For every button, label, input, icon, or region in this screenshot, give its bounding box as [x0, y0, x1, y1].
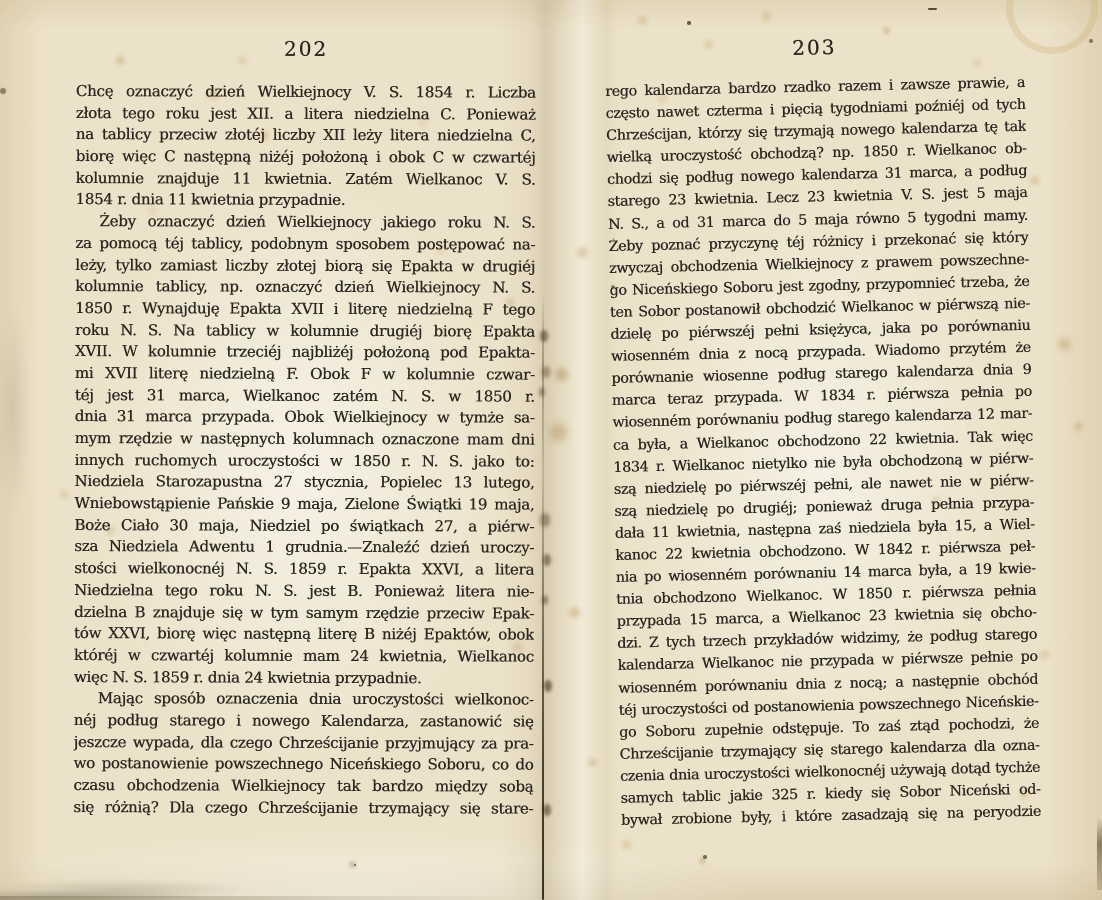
text-line: któréjwczwartéjkolumniemam24kwietnia,Wie…: [74, 646, 534, 669]
text-line: zapomocątéjtablicy,podobnymsposobempostę…: [75, 234, 535, 257]
text-line: NiedzielnategorokuN.S.jestB.Ponieważlite…: [74, 581, 534, 604]
ink-specks: [0, 0, 2, 2]
page-right-text-column: regokalendarzabardzorzadkorazemizawszepr…: [605, 75, 1041, 835]
page-right: 203 regokalendarzabardzorzadkorazemizaws…: [604, 31, 1041, 835]
text-line: 1850r.WynajdujęEpaktaXVIIiliteręniedziel…: [75, 299, 535, 322]
text-line: bioręwięcCnastępnąniżéjpołożonąiobokCwcz…: [76, 147, 536, 170]
text-line: innychruchomychuroczystościw1850r.N.S.ja…: [74, 451, 534, 474]
gutter-crease-line: [542, 290, 544, 900]
text-line: Mającsposóboznaczeniadniauroczystościwie…: [74, 689, 534, 712]
text-line: dzielnaBznajdujesięwtymsamymrzędzieprzec…: [74, 602, 534, 625]
page-number-left: 202: [76, 36, 536, 62]
text-line: miXVIIliteręniedzielnąF.ObokFwkolumniecz…: [75, 364, 535, 387]
left-margin-smudge: [0, 250, 60, 570]
text-line: złotategorokujestXII.aliteraniedzielnaC.…: [76, 104, 536, 127]
text-line: NiedzielaStarozapustna27stycznia,Popiele…: [74, 472, 534, 495]
bottom-edge-shadow: [0, 896, 520, 900]
text-line: rokuN.S.NatablicywkolumniedrugiéjbioręEp…: [75, 321, 535, 344]
bottom-left-smudge: [0, 848, 380, 900]
text-line: sięróżnią?DlaczegoChrześcijanietrzymając…: [73, 798, 533, 821]
text-line: téjjest31marca,WielkanoczatémN.S.w1850r.: [75, 386, 535, 409]
text-line: BożeCiało30maja,Niedzielpoświątkach27,ap…: [74, 516, 534, 539]
text-line: tówXXVI,bioręwięcnastępnąliteręBniżéjEpa…: [74, 624, 534, 647]
text-line: szaNiedzielaAdwentu1grudnia.—Znaleźćdzie…: [74, 537, 534, 560]
text-line: leży,tylkozamiastliczbyzłotejbiorąsięEpa…: [75, 255, 535, 278]
text-line: 1854r.dnia11kwietniaprzypadnie.: [75, 190, 535, 213]
text-line: więcN.S.1859r.dnia24kwietniaprzypadnie.: [74, 668, 534, 691]
book-scan: 202 ChcęoznaczyćdzieńWielkiejnocyV.S.185…: [0, 0, 1102, 900]
text-line: ChcęoznaczyćdzieńWielkiejnocyV.S.1854r.L…: [76, 82, 536, 105]
text-line: WniebowstąpieniePańskie9maja,ZieloneŚwią…: [74, 494, 534, 517]
page-number-right: 203: [604, 31, 1024, 64]
page-left: 202 ChcęoznaczyćdzieńWielkiejnocyV.S.185…: [73, 36, 536, 821]
text-line: néjpodługstaregoinowegoKalendarza,zastan…: [74, 711, 534, 734]
text-line: XVII.Wkolumnietrzeciéjnajbliżéjpołożonąp…: [75, 342, 535, 365]
text-line: mymrzędziewnastępnychkolumnachoznaczonem…: [75, 429, 535, 452]
text-line: jeszczewypada,dlaczegoChrześcijanieprzyj…: [73, 733, 533, 756]
text-line: wopostanowieniepowszechnegoNiceńskiegoSo…: [73, 754, 533, 777]
text-line: czasuobchodzeniaWielkiejnocytakbardzomię…: [73, 776, 533, 799]
text-line: kolumnieznajduje11kwietnia.ZatémWielkano…: [75, 169, 535, 192]
text-line: kolumnietablicy,np.oznaczyćdzieńWielkiej…: [75, 277, 535, 300]
text-line: ŻebyoznaczyćdzieńWielkiejnocyjakiegoroku…: [75, 212, 535, 235]
text-line: natablicyprzeciwzłotéjliczbyXIIleżyliter…: [76, 125, 536, 148]
text-line: dnia31marcaprzypada.ObokWielkiejnocywtym…: [75, 407, 535, 430]
text-line: stościwielkonocnéjN.S.1859r.EpaktaXXVI,a…: [74, 559, 534, 582]
right-edge-streak: [1097, 818, 1102, 890]
page-left-text-column: ChcęoznaczyćdzieńWielkiejnocyV.S.1854r.L…: [73, 82, 536, 821]
top-edge-mark: [928, 8, 937, 10]
